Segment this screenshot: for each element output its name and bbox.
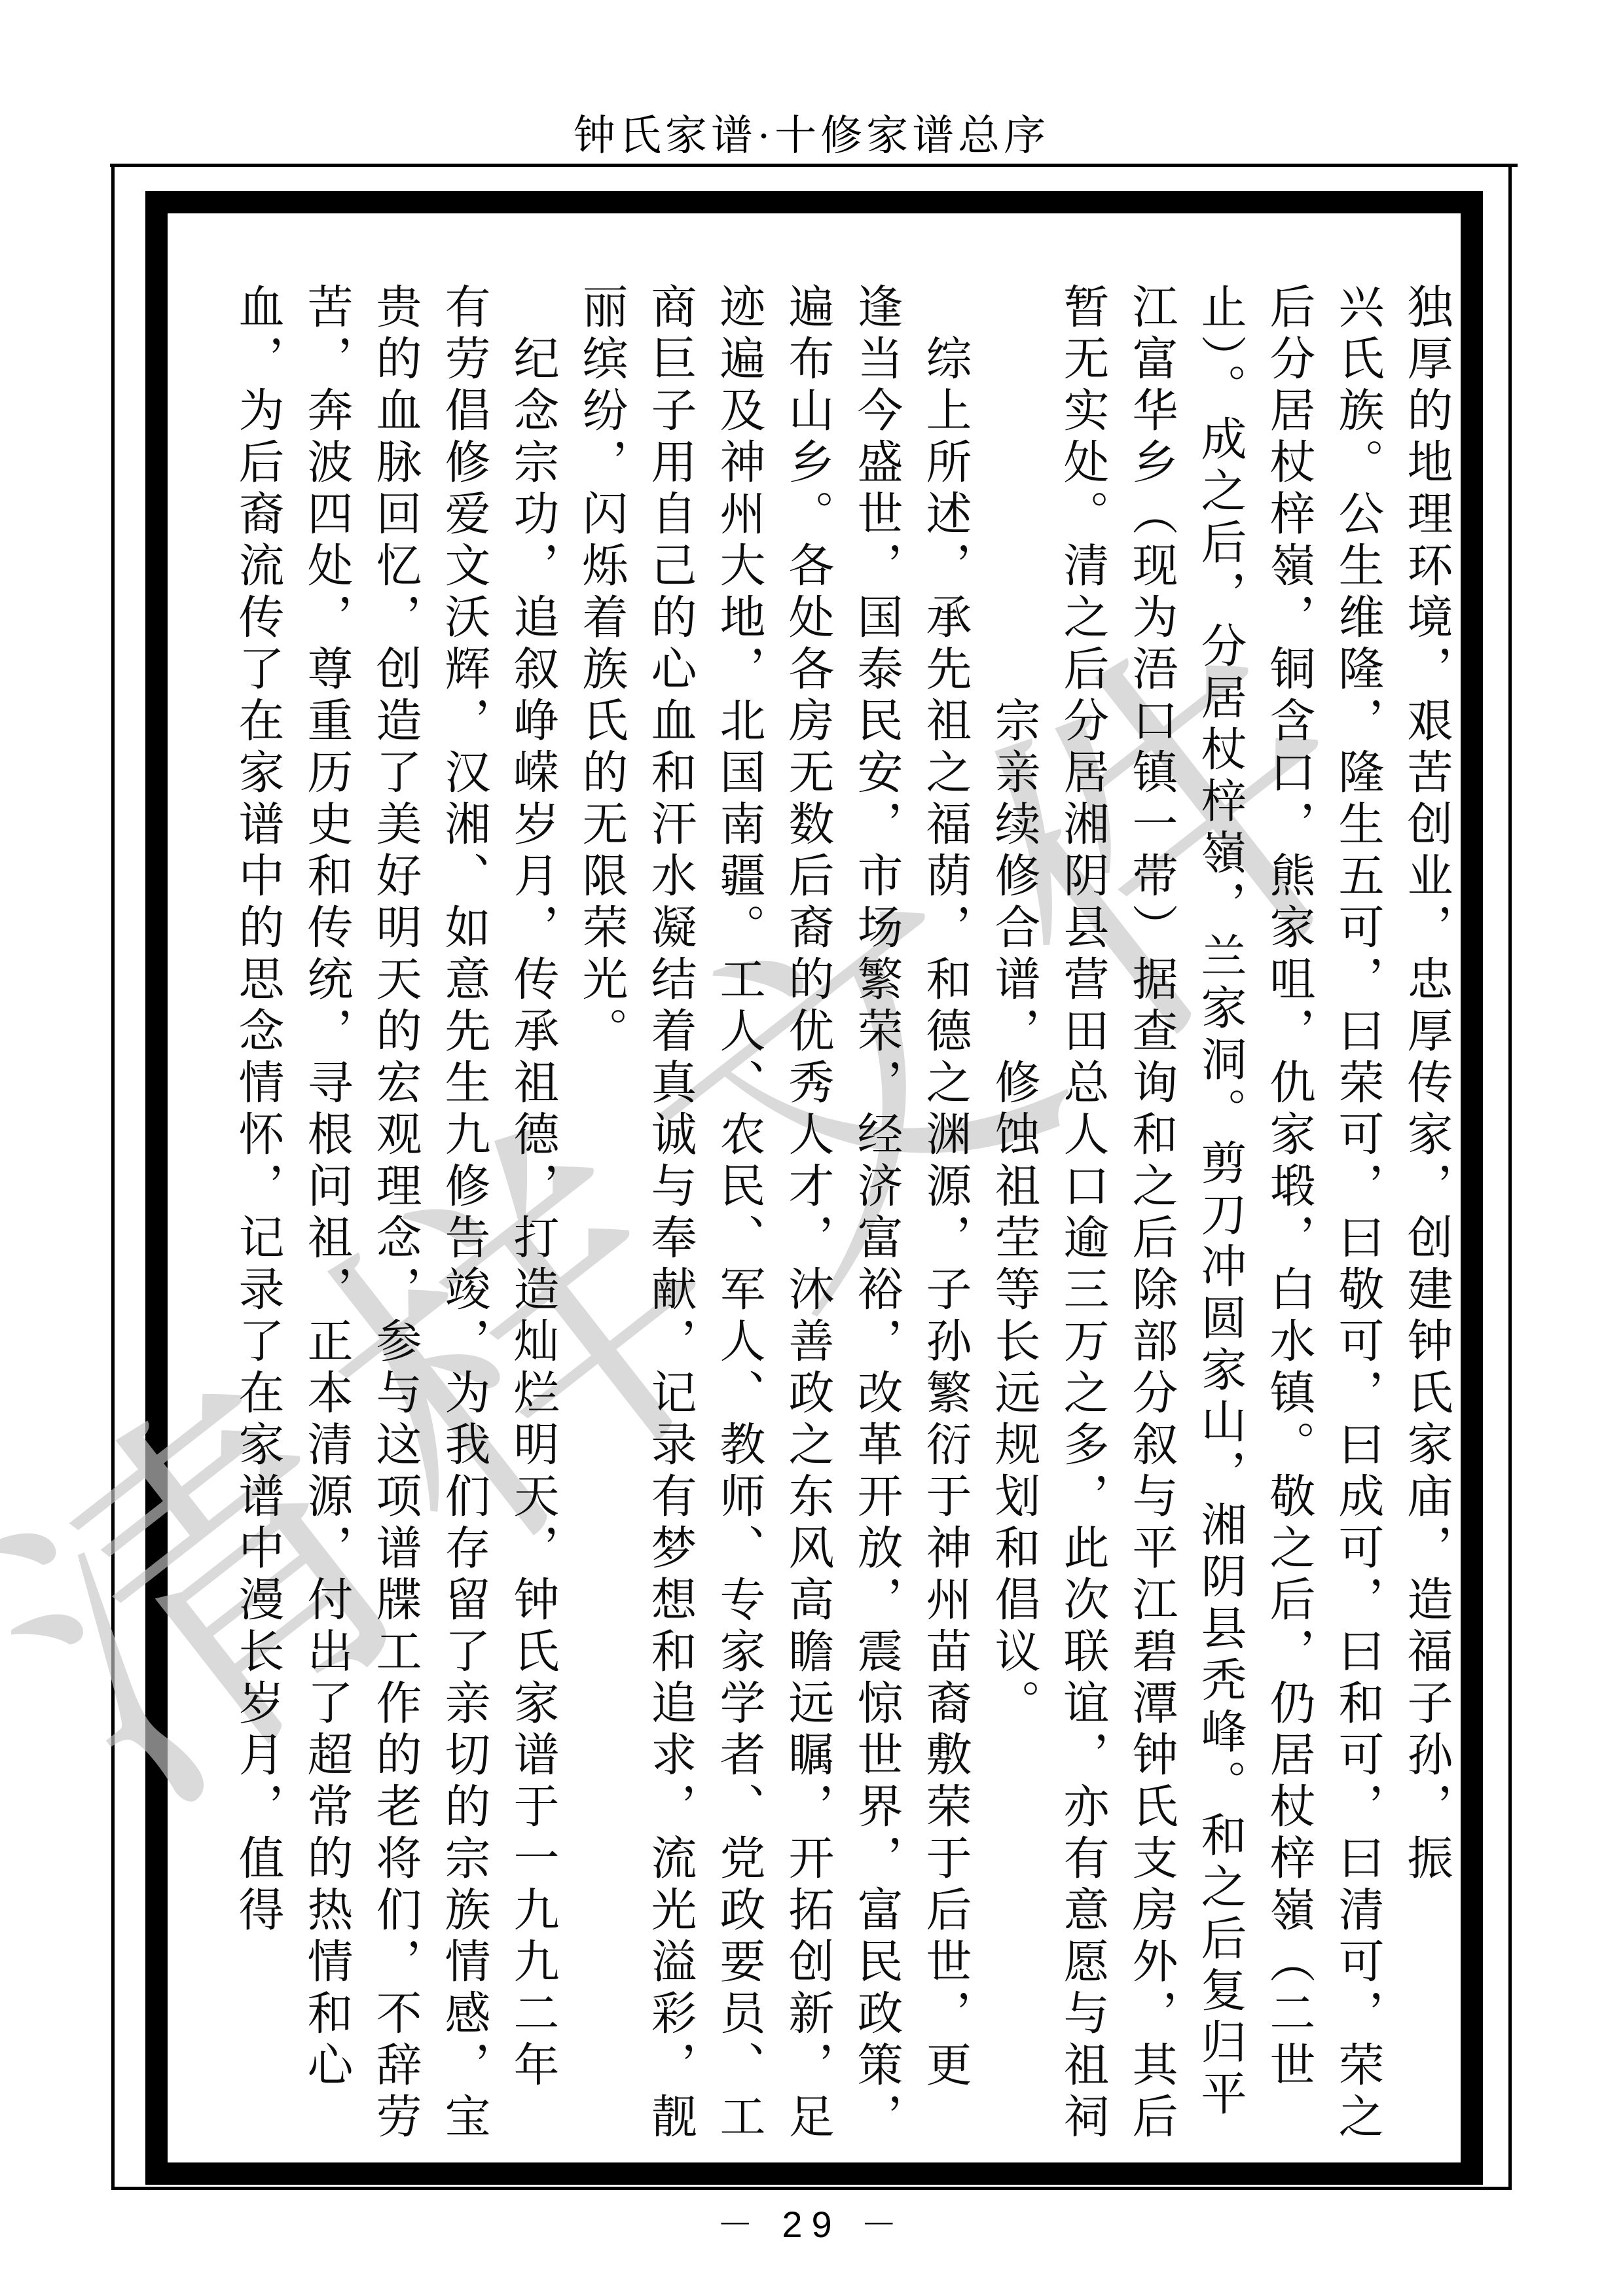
text-column: 独厚的地理环境，艰苦创业，忠厚传家，创建钟氏家庙，造福子孙，振 [1391, 283, 1460, 2168]
text-column: 逢当今盛世，国泰民安，市场繁荣，经济富裕，改革开放，震惊世界，富民政策， [841, 283, 910, 2168]
text-column: 遍布山乡。各处各房无数后裔的优秀人才，沐善政之东风高瞻远瞩，开拓创新，足 [773, 283, 841, 2168]
text-column: 止）。成之后，分居杖梓嶺，兰家洞。剪刀冲圆家山，湘阴县秃峰。和之后复归平 [1185, 283, 1254, 2168]
text-column: 有劳倡修爱文沃辉，汉湘、如意先生九修告竣，为我们存留了亲切的宗族情感，宝 [429, 283, 498, 2168]
text-column: 贵的血脉回忆，创造了美好明天的宏观理念，参与这项谱牒工作的老将们，不辞劳 [360, 283, 429, 2168]
text-column: 兴氏族。公生维隆，隆生五可，曰荣可，曰敬可，曰成可，曰和可，曰清可，荣之 [1322, 283, 1391, 2168]
genealogy-page: 钟氏家谱·十修家谱总序 清样文件 独厚的地理环境，艰苦创业，忠厚传家，创建钟氏家… [0, 0, 1623, 2296]
text-column: 综上所述，承先祖之福荫，和德之渊源，子孙繁衍于神州苗裔敷荣于后世，更 [910, 334, 979, 2168]
text-column: 宗亲续修合谱，修蚀祖茔等长远规划和倡议。 [979, 696, 1048, 2168]
text-column: 暂无实处。清之后分居湘阴县营田总人口逾三万之多，此次联谊，亦有意愿与祖祠 [1048, 283, 1116, 2168]
text-column: 商巨子用自己的心血和汗水凝结着真诚与奉献，记录有梦想和追求，流光溢彩，靓 [635, 283, 704, 2168]
page-number: － 29 － [0, 2196, 1623, 2248]
text-column: 江富华乡（现为浯口镇一带）据查询和之后除部分叙与平江碧潭钟氏支房外，其后 [1116, 283, 1185, 2168]
text-column: 后分居杖梓嶺，铜含口，熊家咀，仇家塅，白水镇。敬之后，仍居杖梓嶺（二世 [1254, 283, 1322, 2168]
page-header-title: 钟氏家谱·十修家谱总序 [0, 102, 1623, 162]
vertical-text-body: 独厚的地理环境，艰苦创业，忠厚传家，创建钟氏家庙，造福子孙，振兴氏族。公生维隆，… [217, 283, 1460, 2168]
text-column: 丽缤纷，闪烁着族氏的无限荣光。 [566, 283, 635, 2168]
text-column: 苦，奔波四处，尊重历史和传统，寻根问祖，正本清源，付出了超常的热情和心 [291, 283, 360, 2168]
text-column: 纪念宗功，追叙峥嵘岁月，传承祖德，打造灿烂明天，钟氏家谱于一九九二年 [498, 334, 566, 2168]
text-column: 迹遍及神州大地，北国南疆。工人、农民、军人、教师、专家学者、党政要员、工 [704, 283, 773, 2168]
text-column: 血，为后裔流传了在家谱中的思念情怀，记录了在家谱中漫长岁月，值得 [223, 283, 291, 2168]
